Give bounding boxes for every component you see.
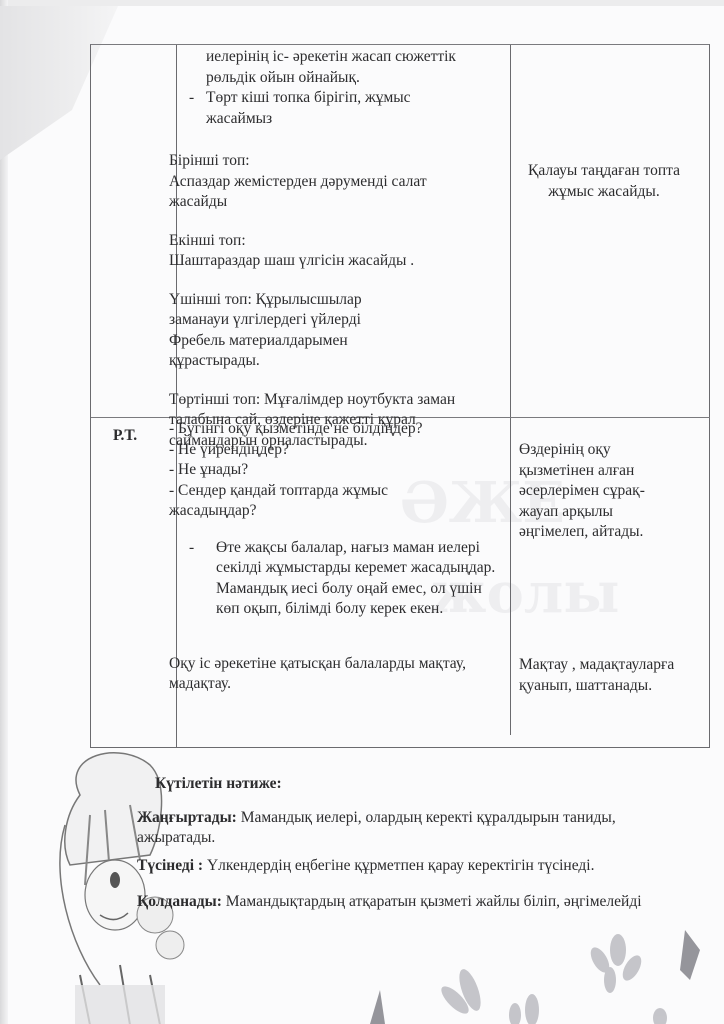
question-item: - Не ұнады? — [169, 460, 509, 481]
flowers-butterflies-icon — [360, 930, 724, 1024]
row2-children-closing: Мақтау , мадақтауларға қуанып, шаттанады… — [519, 655, 684, 696]
continued-text-line: рөльдік ойын ойнайық. — [169, 68, 509, 89]
group-text: Шаштараздар шаш үлгісін жасайды . — [169, 251, 509, 272]
row2-activities-cell: - Бүгінгі оқу қызметінде не білдіңдер? -… — [169, 419, 509, 695]
question-item: - Бүгінгі оқу қызметінде не білдіңдер? — [169, 419, 509, 440]
scan-top-edge — [0, 0, 724, 6]
result-label: Жаңғыртады: — [137, 809, 237, 826]
group-title: Бірінші топ: — [169, 151, 509, 172]
row1-children-cell: Қалауы таңдаған топта жұмыс жасайды. — [519, 161, 689, 202]
closing-text: Оқу іс әрекетіне қатысқан балаларды мақт… — [169, 654, 494, 695]
result-text: Үлкендердің еңбегіне құрметпен қарау кер… — [203, 857, 594, 874]
stage-label: Р.Т. — [113, 427, 137, 445]
row1-activities-cell: иелерінің іс- әрекетін жасап сюжеттік рө… — [169, 47, 509, 451]
question-item: - Сендер қандай топтарда жұмыс жасадыңда… — [169, 481, 419, 522]
result-item-reproduce: Жаңғыртады: Мамандық иелері, олардың кер… — [137, 808, 697, 848]
result-text: Мамандықтардың атқаратын қызметі жайлы б… — [222, 893, 642, 910]
group-text: Аспаздар жемістерден дәруменді салат жас… — [169, 172, 469, 213]
question-item: - Не үйрендіңдер? — [169, 440, 509, 461]
group-text: Үшінші топ: Құрылысшылар заманауи үлгіле… — [169, 290, 409, 372]
result-label: Түсінеді : — [137, 857, 203, 874]
bullet-item: Төрт кіші топка бірігіп, жұмыс жасаймыз — [169, 88, 441, 129]
result-item-understand: Түсінеді : Үлкендердің еңбегіне құрметпе… — [137, 856, 697, 876]
continued-text-line: иелерінің іс- әрекетін жасап сюжеттік — [169, 47, 509, 68]
result-label: Қолданады: — [137, 893, 222, 910]
result-item-apply: Қолданады: Мамандықтардың атқаратын қызм… — [137, 892, 724, 912]
group-title: Екінші топ: — [169, 231, 509, 252]
lesson-plan-table: иелерінің іс- әрекетін жасап сюжеттік рө… — [90, 44, 710, 748]
row2-children-response: Өздерінің оқу қызметінен алған әсерлерім… — [519, 440, 684, 543]
praise-bullet: Өте жақсы балалар, нағыз маман иелері се… — [169, 538, 501, 620]
results-heading: Күтілетін нәтиже: — [155, 775, 282, 793]
column-divider — [510, 45, 511, 735]
